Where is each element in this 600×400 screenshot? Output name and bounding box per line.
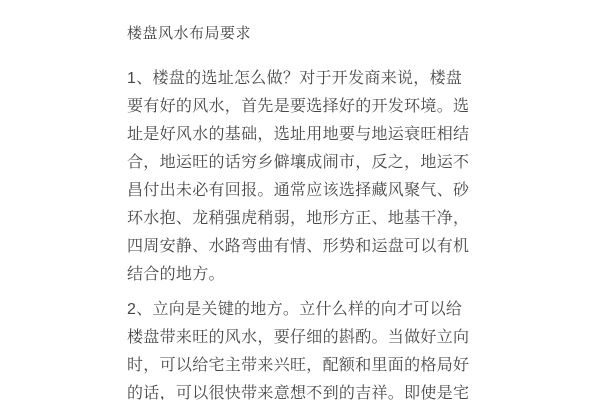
paragraph-site-selection: 1、楼盘的选址怎么做？对于开发商来说，楼盘 要有好的风水，首先是要选择好的开发环… xyxy=(127,65,473,289)
paragraph-orientation: 2、立向是关键的地方。立什么样的向才可以给 楼盘带来旺的风水，要仔细的斟酌。当做… xyxy=(127,296,473,400)
page-title: 楼盘风水布局要求 xyxy=(127,23,473,44)
document-body: 楼盘风水布局要求 1、楼盘的选址怎么做？对于开发商来说，楼盘 要有好的风水，首先… xyxy=(127,0,473,400)
